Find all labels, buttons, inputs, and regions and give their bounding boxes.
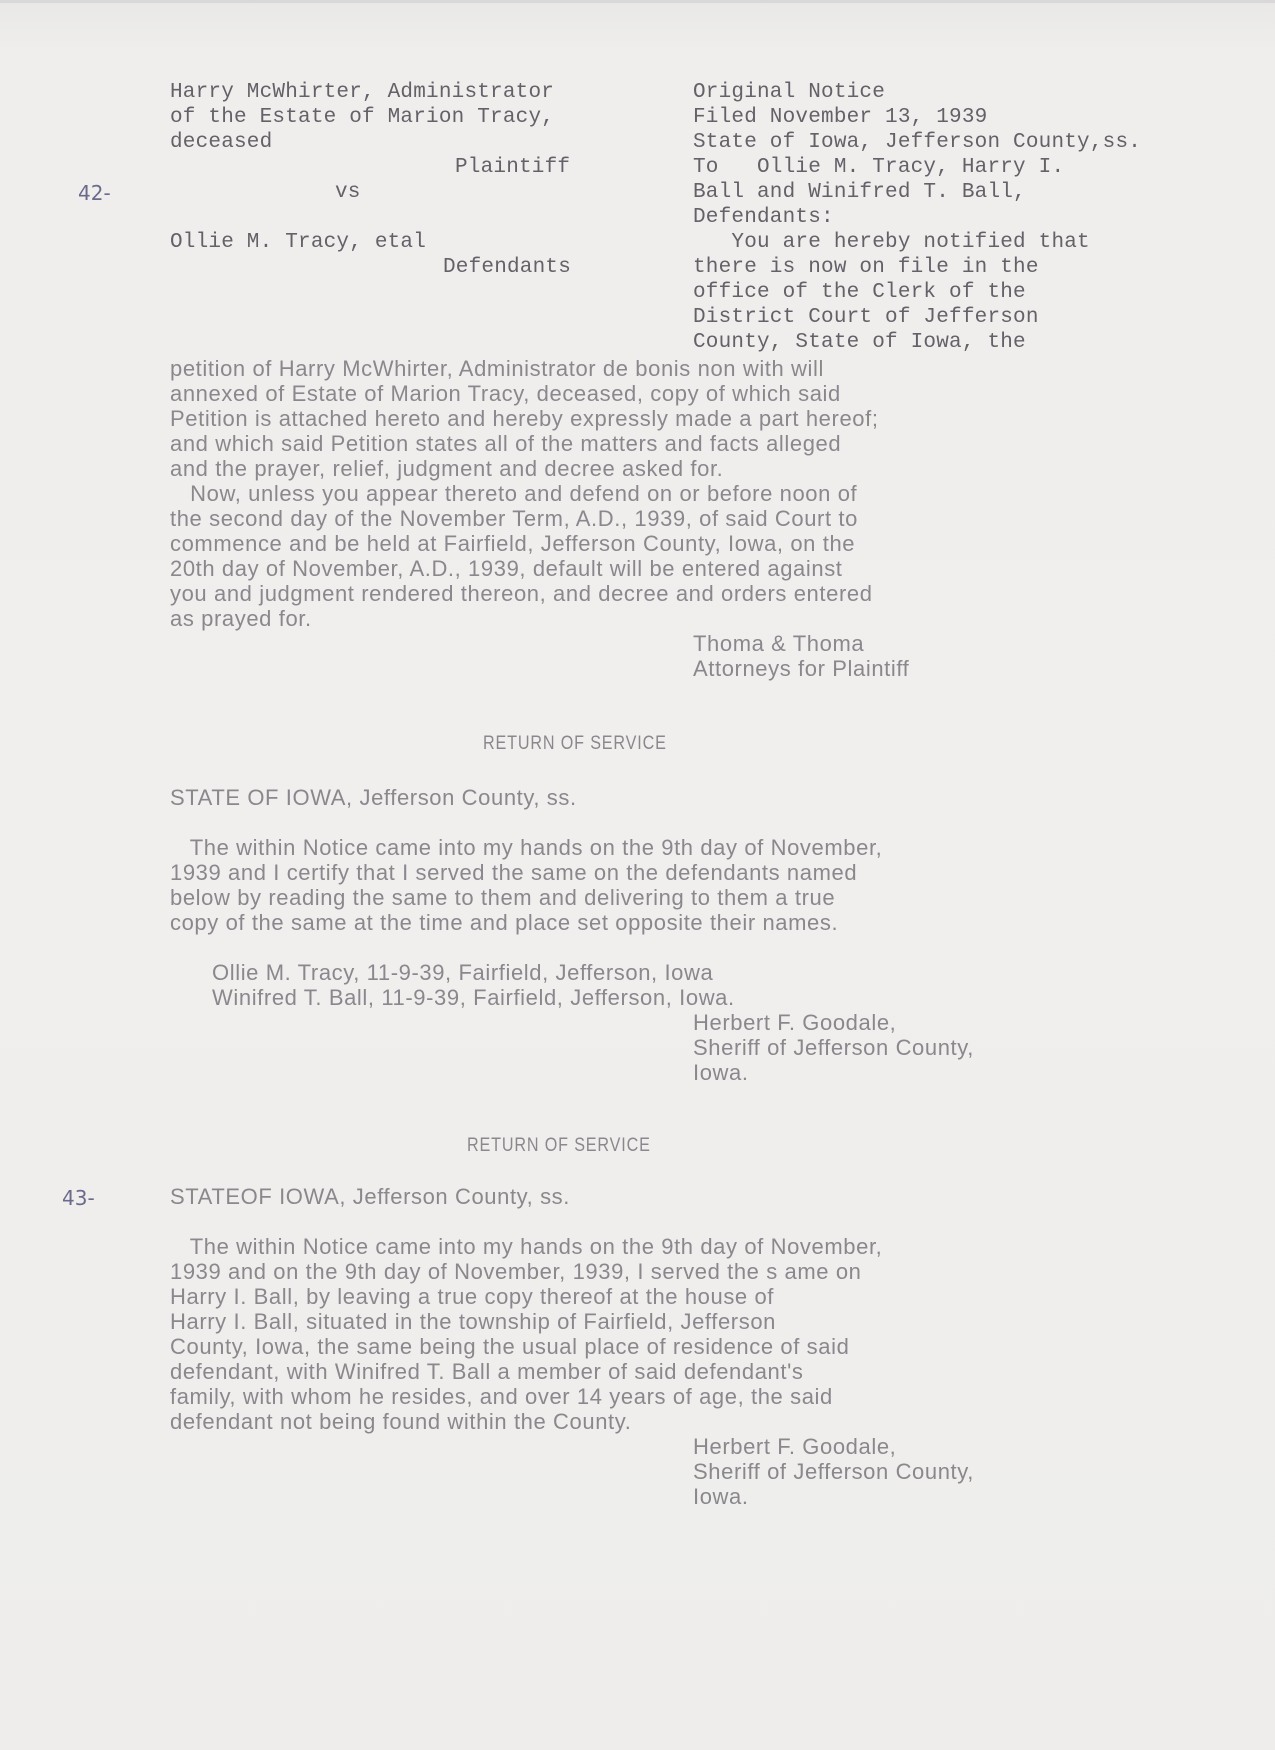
plaintiff-label: Plaintiff bbox=[455, 155, 570, 180]
body-line: and the prayer, relief, judgment and dec… bbox=[170, 456, 723, 481]
notice-text-line: there is now on file in the bbox=[693, 255, 1039, 280]
section-heading: RETURN OF SERVICE bbox=[467, 1135, 651, 1157]
notice-text-line: office of the Clerk of the bbox=[693, 280, 1026, 305]
venue-line: STATE OF IOWA, Jefferson County, ss. bbox=[170, 785, 577, 810]
venue-line: State of Iowa, Jefferson County,ss. bbox=[693, 130, 1141, 155]
margin-number-43: 43- bbox=[62, 1186, 95, 1210]
body-line: commence and be held at Fairfield, Jeffe… bbox=[170, 531, 855, 556]
service-entry: Winifred T. Ball, 11-9-39, Fairfield, Je… bbox=[212, 985, 735, 1010]
return-body-line: The within Notice came into my hands on … bbox=[170, 1234, 882, 1259]
addressees-line-1: To Ollie M. Tracy, Harry I. bbox=[693, 155, 1064, 180]
attorney-title: Attorneys for Plaintiff bbox=[693, 656, 909, 681]
body-line: as prayed for. bbox=[170, 606, 312, 631]
attorney-firm: Thoma & Thoma bbox=[693, 631, 864, 656]
document-page: Harry McWhirter, Administrator of the Es… bbox=[0, 0, 1275, 1750]
defendants-salutation: Defendants: bbox=[693, 205, 834, 230]
sheriff-name: Herbert F. Goodale, bbox=[693, 1010, 896, 1035]
sheriff-title: Sheriff of Jefferson County, bbox=[693, 1459, 974, 1484]
filed-date: Filed November 13, 1939 bbox=[693, 105, 987, 130]
estate-line: of the Estate of Marion Tracy, bbox=[170, 105, 554, 130]
deceased-line: deceased bbox=[170, 130, 272, 155]
return-body-line: below by reading the same to them and de… bbox=[170, 885, 835, 910]
sheriff-state: Iowa. bbox=[693, 1484, 749, 1509]
versus-label: vs bbox=[335, 180, 361, 205]
return-body-line: 1939 and on the 9th day of November, 193… bbox=[170, 1259, 862, 1284]
body-line: petition of Harry McWhirter, Administrat… bbox=[170, 356, 824, 381]
venue-line: STATEOF IOWA, Jefferson County, ss. bbox=[170, 1184, 570, 1209]
defendants-label: Defendants bbox=[443, 255, 571, 280]
body-line: Now, unless you appear thereto and defen… bbox=[170, 481, 857, 506]
service-entry: Ollie M. Tracy, 11-9-39, Fairfield, Jeff… bbox=[212, 960, 713, 985]
margin-number-42: 42- bbox=[78, 181, 111, 205]
body-line: 20th day of November, A.D., 1939, defaul… bbox=[170, 556, 843, 581]
notice-text-line: County, State of Iowa, the bbox=[693, 330, 1026, 355]
sheriff-name: Herbert F. Goodale, bbox=[693, 1434, 896, 1459]
body-line: annexed of Estate of Marion Tracy, decea… bbox=[170, 381, 841, 406]
return-body-line: defendant, with Winifred T. Ball a membe… bbox=[170, 1359, 804, 1384]
section-heading: RETURN OF SERVICE bbox=[483, 733, 667, 755]
plaintiff-name-line: Harry McWhirter, Administrator bbox=[170, 80, 554, 105]
return-body-line: defendant not being found within the Cou… bbox=[170, 1409, 631, 1434]
defendant-name-line: Ollie M. Tracy, etal bbox=[170, 230, 426, 255]
page-top-edge bbox=[0, 0, 1275, 3]
notice-text-line: District Court of Jefferson bbox=[693, 305, 1039, 330]
notice-title: Original Notice bbox=[693, 80, 885, 105]
body-line: you and judgment rendered thereon, and d… bbox=[170, 581, 873, 606]
sheriff-state: Iowa. bbox=[693, 1060, 749, 1085]
return-body-line: copy of the same at the time and place s… bbox=[170, 910, 838, 935]
return-body-line: Harry I. Ball, by leaving a true copy th… bbox=[170, 1284, 774, 1309]
notice-text-line: You are hereby notified that bbox=[693, 230, 1090, 255]
return-body-line: County, Iowa, the same being the usual p… bbox=[170, 1334, 849, 1359]
body-line: and which said Petition states all of th… bbox=[170, 431, 841, 456]
body-line: Petition is attached hereto and hereby e… bbox=[170, 406, 879, 431]
return-body-line: 1939 and I certify that I served the sam… bbox=[170, 860, 857, 885]
return-body-line: family, with whom he resides, and over 1… bbox=[170, 1384, 833, 1409]
body-line: the second day of the November Term, A.D… bbox=[170, 506, 858, 531]
addressees-line-2: Ball and Winifred T. Ball, bbox=[693, 180, 1026, 205]
return-body-line: Harry I. Ball, situated in the township … bbox=[170, 1309, 776, 1334]
return-body-line: The within Notice came into my hands on … bbox=[170, 835, 882, 860]
sheriff-title: Sheriff of Jefferson County, bbox=[693, 1035, 974, 1060]
